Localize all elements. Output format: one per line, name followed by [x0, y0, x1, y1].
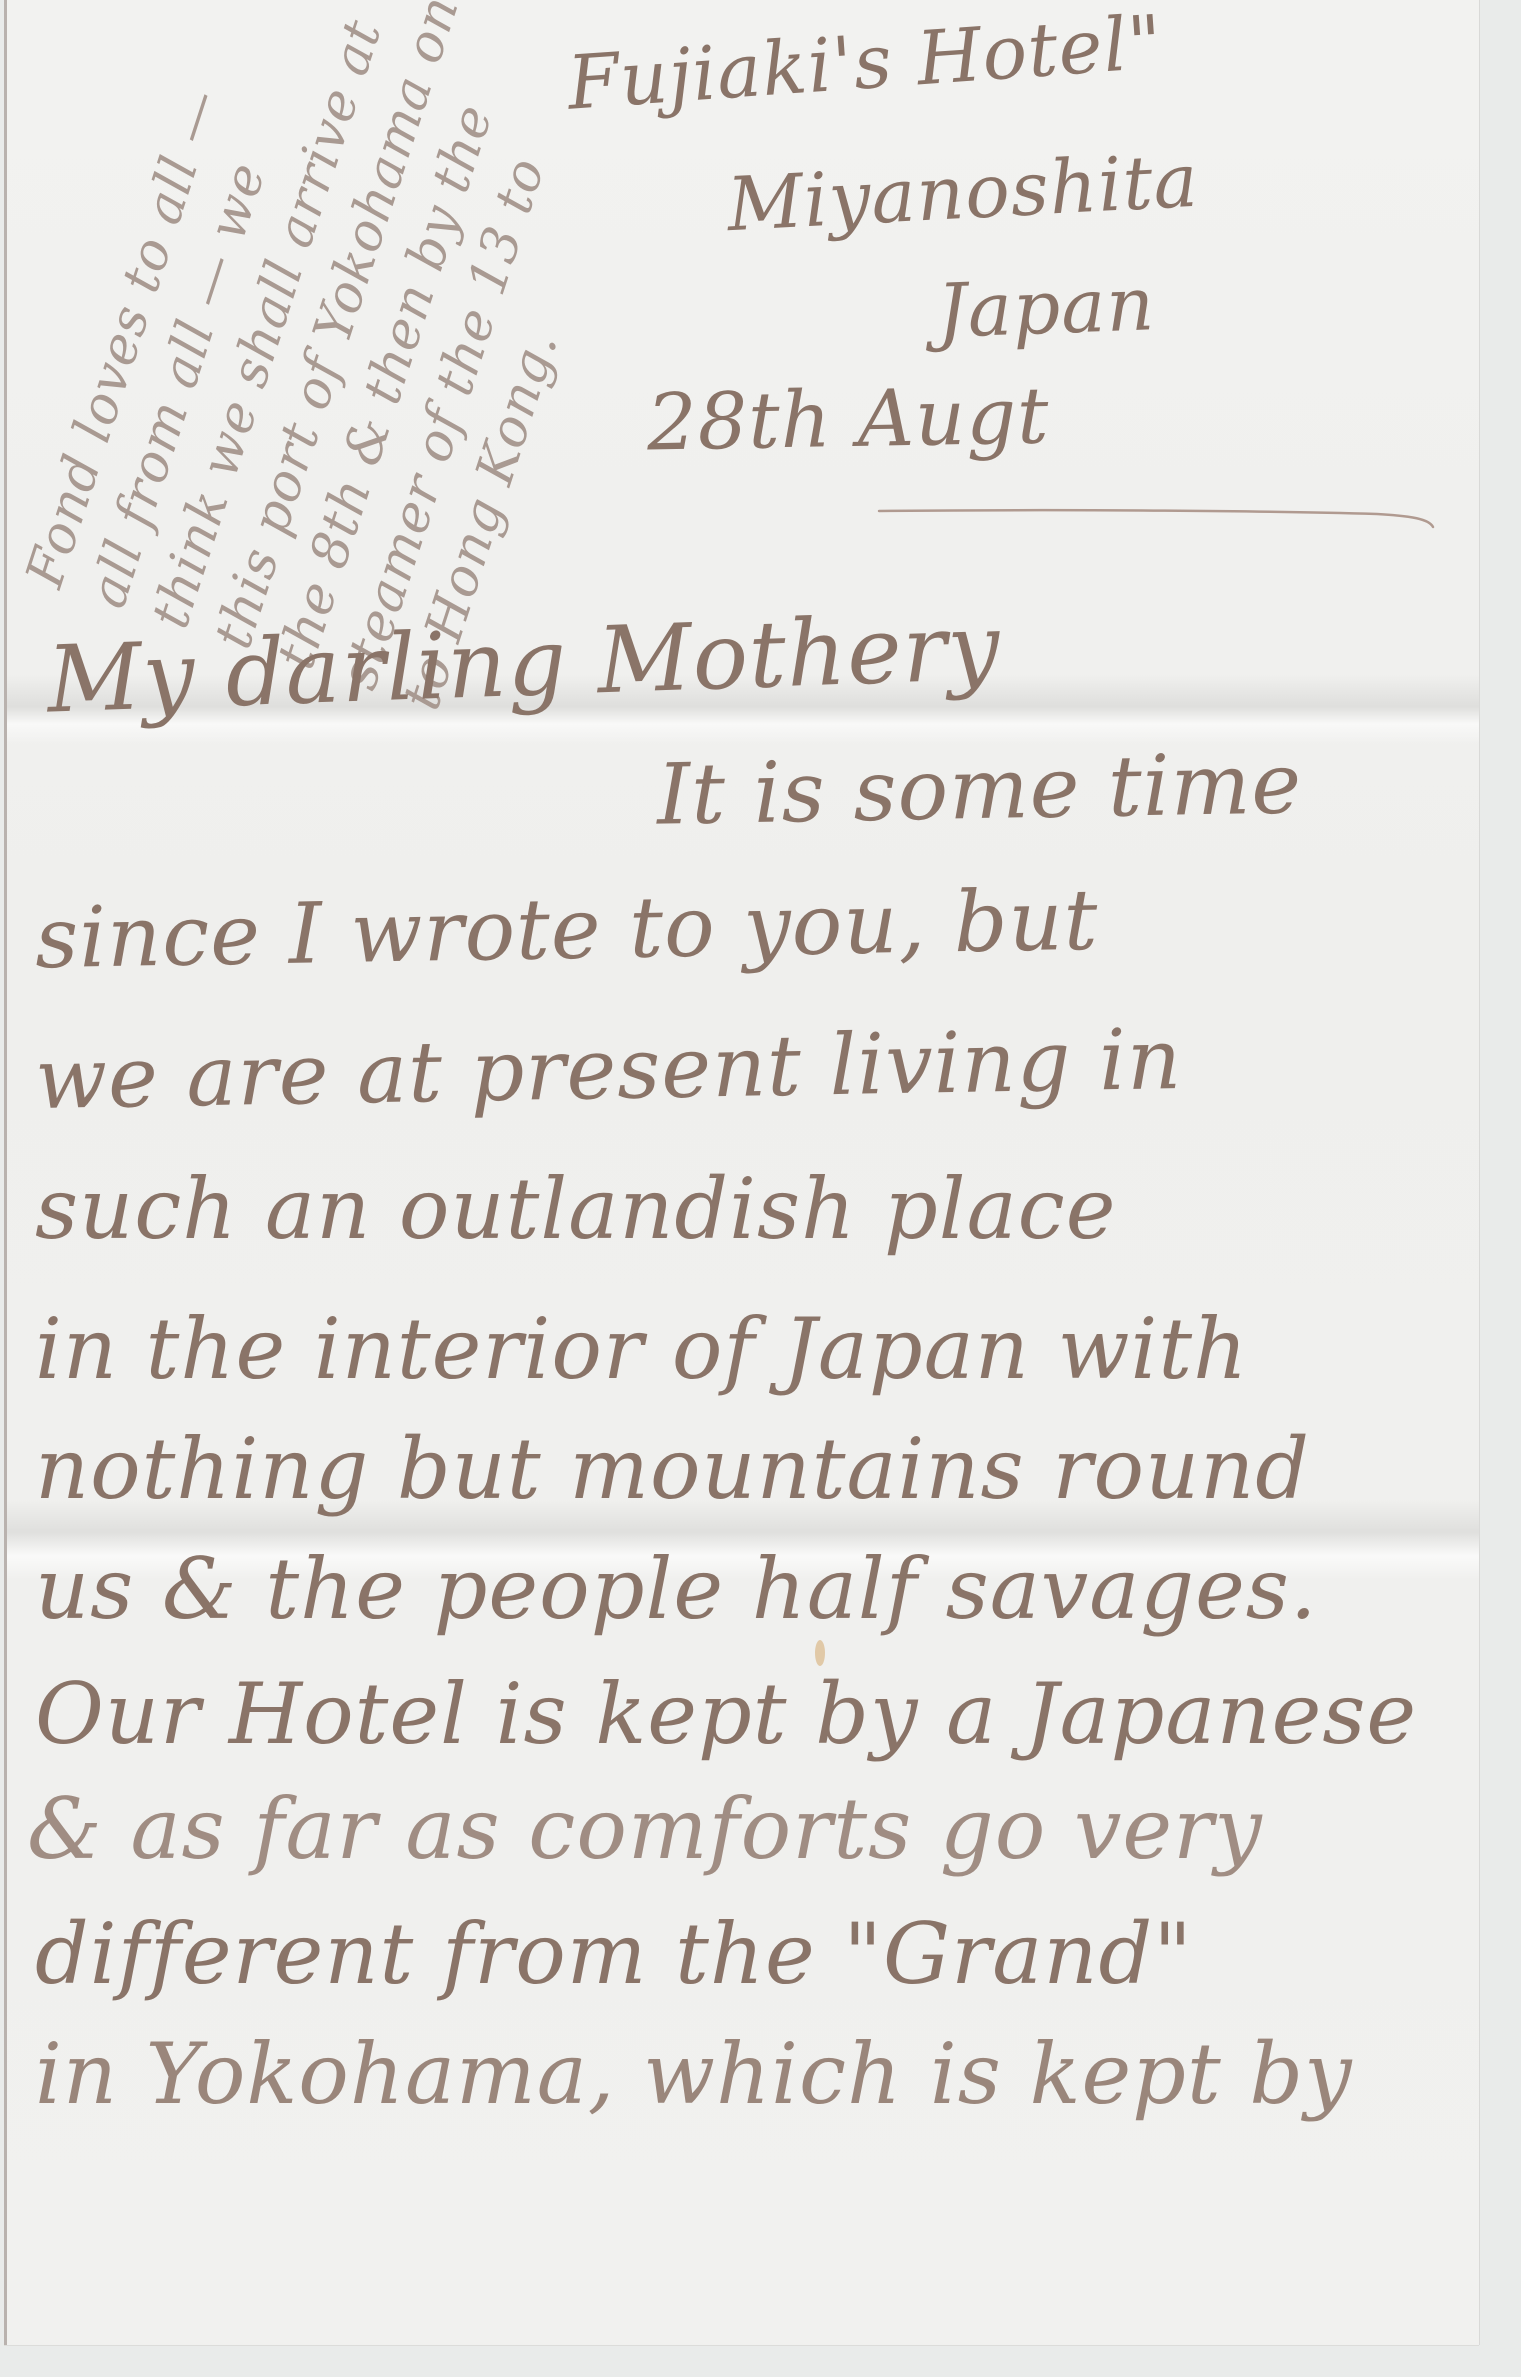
body-line: in the interior of Japan with [35, 1300, 1248, 1398]
body-line: such an outlandish place [35, 1160, 1116, 1258]
hotel-name: Fujiaki's Hotel" [565, 0, 1166, 127]
decorative-rule [877, 505, 1437, 529]
body-line: nothing but mountains round [35, 1420, 1310, 1518]
body-line: different from the "Grand" [35, 1905, 1193, 2003]
place-name: Miyanoshita [725, 138, 1201, 249]
letter-date: 28th Augt [646, 371, 1050, 468]
body-line: & as far as comforts go very [27, 1780, 1263, 1878]
ink-stain [815, 1640, 825, 1666]
body-line: Our Hotel is kept by a Japanese [35, 1665, 1417, 1763]
letter-page: Fond loves to all — all from all — we th… [4, 0, 1479, 2345]
country-name: Japan [936, 261, 1157, 355]
body-line: It is some time [656, 734, 1303, 843]
body-line: in Yokohama, which is kept by [35, 2025, 1353, 2123]
body-line: since I wrote to you, but [34, 871, 1099, 988]
body-line: we are at present living in [34, 1010, 1183, 1128]
body-line: us & the people half savages. [35, 1540, 1318, 1638]
